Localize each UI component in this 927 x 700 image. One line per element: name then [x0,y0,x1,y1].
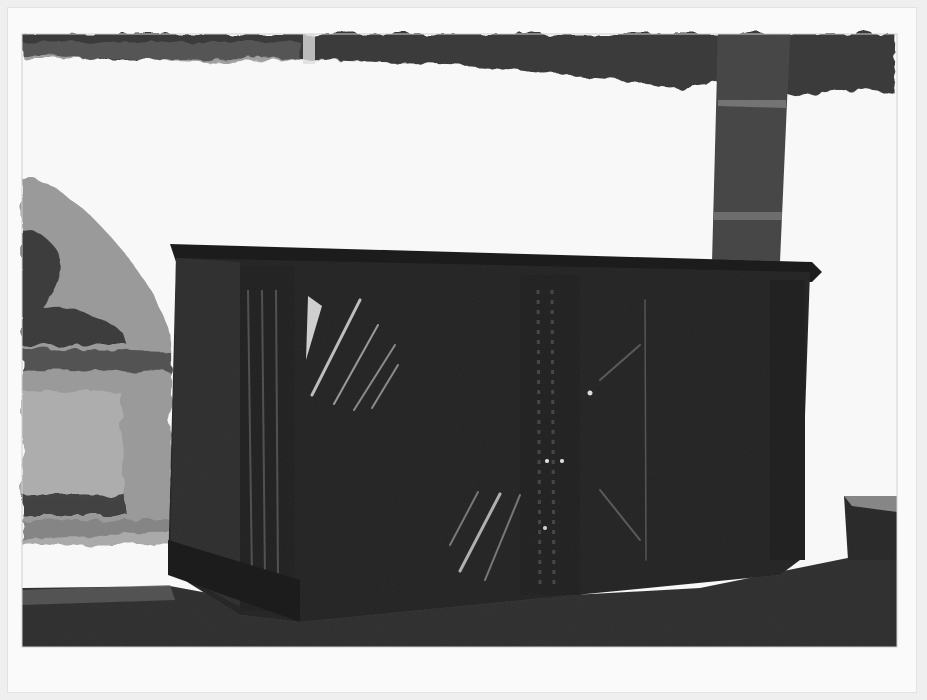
stone-pillar [712,34,790,262]
wooden-chest [168,244,822,622]
center-stile [520,275,580,595]
right-stile [770,280,805,560]
photograph [0,0,927,700]
ceiling-beam-highlight [303,34,315,64]
small-box [844,496,897,560]
